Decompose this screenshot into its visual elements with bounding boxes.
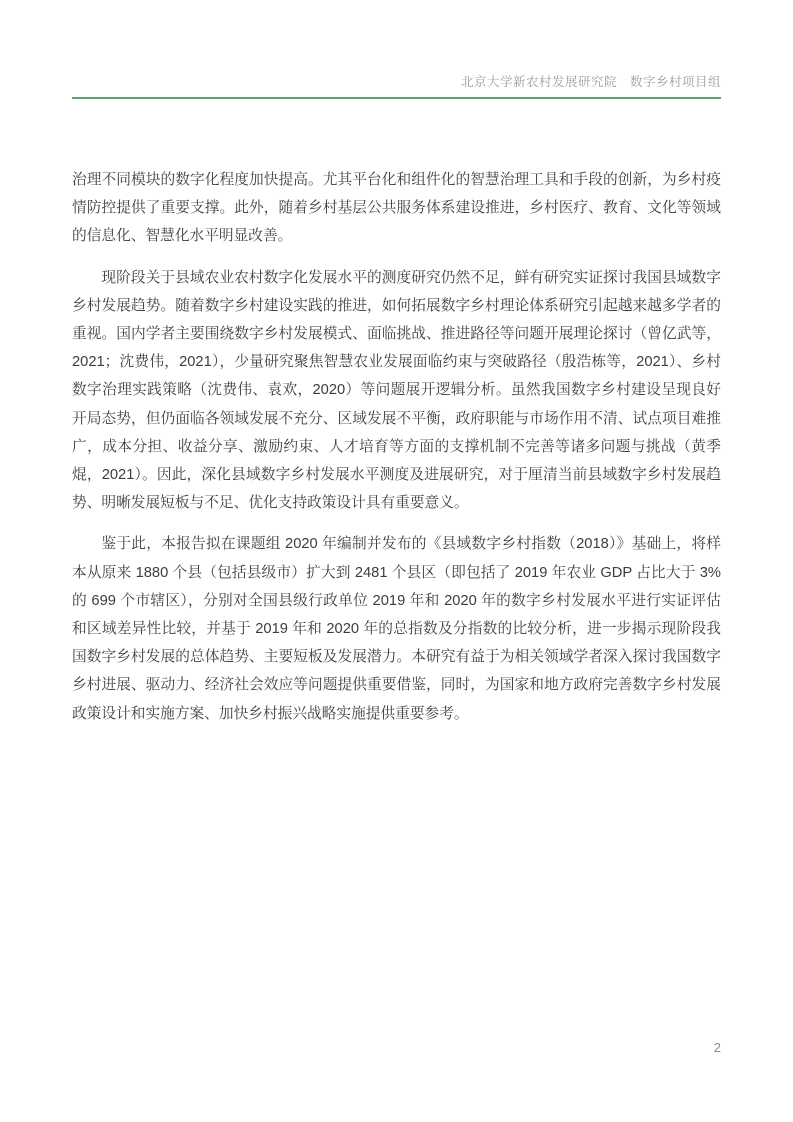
page-number: 2: [714, 1040, 721, 1055]
paragraph-3: 鉴于此，本报告拟在课题组 2020 年编制并发布的《县域数字乡村指数（2018）…: [72, 530, 721, 727]
paragraph-1: 治理不同模块的数字化程度加快提高。尤其平台化和组件化的智慧治理工具和手段的创新，…: [72, 166, 721, 251]
document-page: 北京大学新农村发展研究院 数字乡村项目组 治理不同模块的数字化程度加快提高。尤其…: [0, 0, 793, 1122]
header-org-title: 北京大学新农村发展研究院 数字乡村项目组: [461, 72, 721, 90]
document-body: 治理不同模块的数字化程度加快提高。尤其平台化和组件化的智慧治理工具和手段的创新，…: [72, 166, 721, 741]
paragraph-2: 现阶段关于县域农业农村数字化发展水平的测度研究仍然不足，鲜有研究实证探讨我国县域…: [72, 264, 721, 518]
header-divider-rule: [72, 97, 721, 99]
